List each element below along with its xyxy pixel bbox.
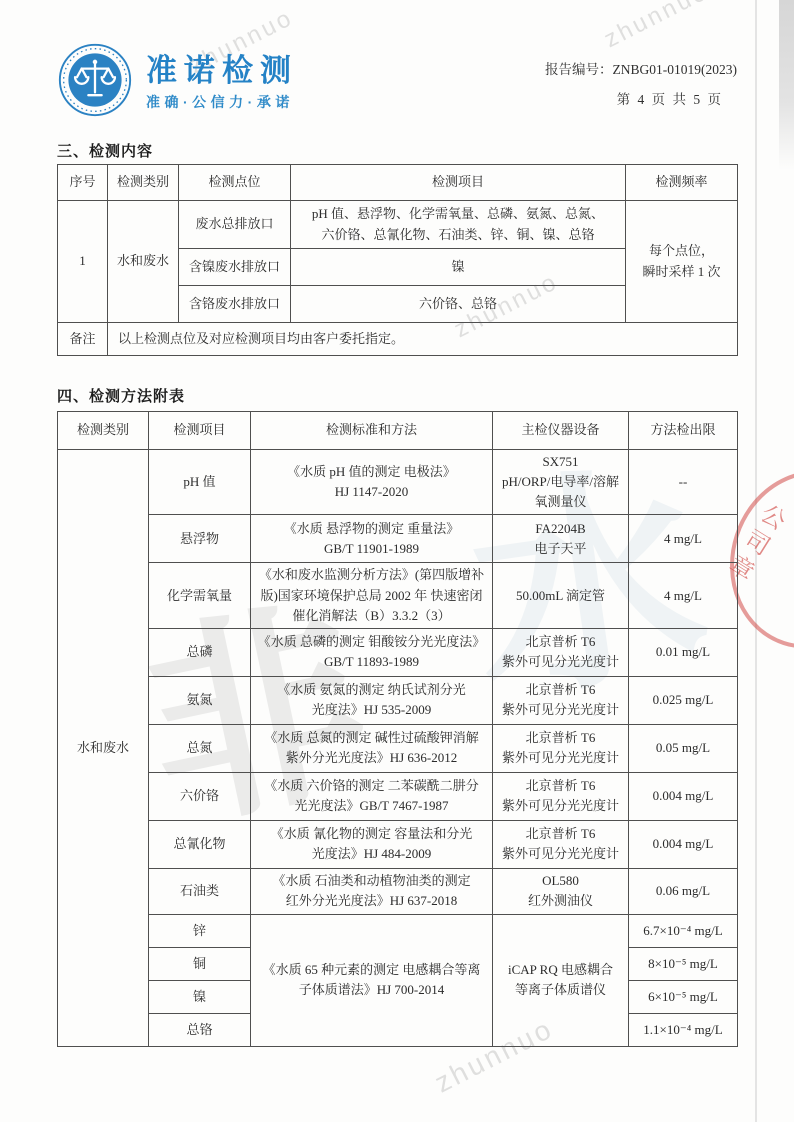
cell-limit: 6×10⁻⁵ mg/L [629,980,738,1013]
cell-category: 水和废水 [108,201,179,323]
table-row: 氨氮 《水质 氨氮的测定 纳氏试剂分光 光度法》HJ 535-2009 北京普析… [58,676,738,724]
report-number-value: ZNBG01-01019(2023) [613,62,738,77]
cell-instrument: 北京普析 T6 紫外可见分光光度计 [493,628,629,676]
scan-edge-shade [779,0,794,170]
cell-serial: 1 [58,201,108,323]
cell-instrument: 北京普析 T6 紫外可见分光光度计 [493,772,629,820]
col-header-method: 检测标准和方法 [251,412,493,450]
remark-row: 备注 以上检测点位及对应检测项目均由客户委托指定。 [58,323,738,356]
cell-limit: 0.01 mg/L [629,628,738,676]
remark-text: 以上检测点位及对应检测项目均由客户委托指定。 [108,323,738,356]
cell-instrument: 北京普析 T6 紫外可见分光光度计 [493,676,629,724]
table-row: 悬浮物 《水质 悬浮物的测定 重量法》 GB/T 11901-1989 FA22… [58,515,738,563]
cell-limit: 0.025 mg/L [629,676,738,724]
remark-label: 备注 [58,323,108,356]
cell-method: 《水质 六价铬的测定 二苯碳酰二肼分 光光度法》GB/T 7467-1987 [251,772,493,820]
table-row: 总氮 《水质 总氮的测定 碱性过硫酸钾消解 紫外分光光度法》HJ 636-201… [58,724,738,772]
table-row: 1 水和废水 废水总排放口 pH 值、悬浮物、化学需氧量、总磷、氨氮、总氮、 六… [58,201,738,249]
cell-point: 废水总排放口 [179,201,291,249]
cell-method: 《水质 总磷的测定 钼酸铵分光光度法》 GB/T 11893-1989 [251,628,493,676]
cell-items: 镍 [291,249,626,286]
cell-item: 总磷 [149,628,251,676]
cell-item: 悬浮物 [149,515,251,563]
section3-title: 三、检测内容 [57,140,737,161]
cell-limit: 0.06 mg/L [629,868,738,914]
cell-point: 含镍废水排放口 [179,249,291,286]
document-page: zhunnuo zhunnuo zhunnuo zhunnuo 非 水 公司章 [0,0,794,1122]
cell-items: pH 值、悬浮物、化学需氧量、总磷、氨氮、总氮、 六价铬、总氰化物、石油类、锌、… [291,201,626,249]
company-name: 准诺检测 [146,53,298,89]
cell-method: 《水质 65 种元素的测定 电感耦合等离 子体质谱法》HJ 700-2014 [251,914,493,1046]
cell-instrument: 北京普析 T6 紫外可见分光光度计 [493,724,629,772]
cell-item: 六价铬 [149,772,251,820]
cell-items: 六价铬、总铬 [291,286,626,323]
cell-limit: 0.004 mg/L [629,820,738,868]
table-row: 六价铬 《水质 六价铬的测定 二苯碳酰二肼分 光光度法》GB/T 7467-19… [58,772,738,820]
cell-method: 《水质 氰化物的测定 容量法和分光 光度法》HJ 484-2009 [251,820,493,868]
col-header-frequency: 检测频率 [626,165,738,201]
col-header-item: 检测项目 [149,412,251,450]
brand-text-block: 准诺检测 准确·公信力·承诺 [146,53,298,112]
cell-instrument: 50.00mL 滴定管 [493,563,629,628]
col-header-instrument: 主检仪器设备 [493,412,629,450]
report-number-line: 报告编号：ZNBG01-01019(2023) [545,55,737,85]
table-row: 水和废水 pH 值 《水质 pH 值的测定 电极法》 HJ 1147-2020 … [58,450,738,515]
cell-item: pH 值 [149,450,251,515]
cell-item: 总氰化物 [149,820,251,868]
table-row: 锌 《水质 65 种元素的测定 电感耦合等离 子体质谱法》HJ 700-2014… [58,914,738,947]
cell-method: 《水质 总氮的测定 碱性过硫酸钾消解 紫外分光光度法》HJ 636-2012 [251,724,493,772]
cell-item: 总铬 [149,1013,251,1046]
cell-instrument: iCAP RQ 电感耦合 等离子体质谱仪 [493,914,629,1046]
cell-instrument: 北京普析 T6 紫外可见分光光度计 [493,820,629,868]
table-row: 化学需氧量 《水和废水监测分析方法》(第四版增补版)国家环境保护总局 2002 … [58,563,738,628]
cell-item: 氨氮 [149,676,251,724]
cell-item: 石油类 [149,868,251,914]
col-header-category: 检测类别 [108,165,179,201]
company-logo-icon [57,42,133,123]
cell-limit: 4 mg/L [629,515,738,563]
col-header-category: 检测类别 [58,412,149,450]
page-header: 准诺检测 准确·公信力·承诺 报告编号：ZNBG01-01019(2023) 第… [57,42,737,122]
report-meta: 报告编号：ZNBG01-01019(2023) 第 4 页 共 5 页 [545,55,737,114]
report-number-label: 报告编号： [545,62,613,77]
col-header-items: 检测项目 [291,165,626,201]
method-table: 检测类别 检测项目 检测标准和方法 主检仪器设备 方法检出限 水和废水 pH 值… [57,411,738,1047]
col-header-serial: 序号 [58,165,108,201]
cell-method: 《水质 悬浮物的测定 重量法》 GB/T 11901-1989 [251,515,493,563]
cell-limit: -- [629,450,738,515]
table-row: 总磷 《水质 总磷的测定 钼酸铵分光光度法》 GB/T 11893-1989 北… [58,628,738,676]
cell-instrument: OL580 红外测油仪 [493,868,629,914]
cell-item: 镍 [149,980,251,1013]
cell-category: 水和废水 [58,450,149,1047]
company-slogan: 准确·公信力·承诺 [146,92,298,112]
cell-item: 化学需氧量 [149,563,251,628]
cell-instrument: FA2204B 电子天平 [493,515,629,563]
cell-item: 锌 [149,914,251,947]
content-table: 序号 检测类别 检测点位 检测项目 检测频率 1 水和废水 废水总排放口 pH … [57,164,738,356]
cell-instrument: SX751 pH/ORP/电导率/溶解 氧测量仪 [493,450,629,515]
col-header-point: 检测点位 [179,165,291,201]
cell-frequency: 每个点位， 瞬时采样 1 次 [626,201,738,323]
page-number-line: 第 4 页 共 5 页 [545,85,737,115]
cell-method: 《水质 石油类和动植物油类的测定 红外分光光度法》HJ 637-2018 [251,868,493,914]
cell-limit: 1.1×10⁻⁴ mg/L [629,1013,738,1046]
table-row: 总氰化物 《水质 氰化物的测定 容量法和分光 光度法》HJ 484-2009 北… [58,820,738,868]
col-header-limit: 方法检出限 [629,412,738,450]
cell-point: 含铬废水排放口 [179,286,291,323]
cell-limit: 0.004 mg/L [629,772,738,820]
table-header-row: 序号 检测类别 检测点位 检测项目 检测频率 [58,165,738,201]
cell-limit: 6.7×10⁻⁴ mg/L [629,914,738,947]
cell-limit: 4 mg/L [629,563,738,628]
brand-block: 准诺检测 准确·公信力·承诺 [57,42,298,123]
cell-item: 总氮 [149,724,251,772]
table-row: 石油类 《水质 石油类和动植物油类的测定 红外分光光度法》HJ 637-2018… [58,868,738,914]
cell-method: 《水和废水监测分析方法》(第四版增补版)国家环境保护总局 2002 年 快速密闭… [251,563,493,628]
cell-limit: 0.05 mg/L [629,724,738,772]
cell-item: 铜 [149,947,251,980]
table-header-row: 检测类别 检测项目 检测标准和方法 主检仪器设备 方法检出限 [58,412,738,450]
section4-title: 四、检测方法附表 [57,385,737,406]
cell-limit: 8×10⁻⁵ mg/L [629,947,738,980]
cell-method: 《水质 氨氮的测定 纳氏试剂分光 光度法》HJ 535-2009 [251,676,493,724]
cell-method: 《水质 pH 值的测定 电极法》 HJ 1147-2020 [251,450,493,515]
